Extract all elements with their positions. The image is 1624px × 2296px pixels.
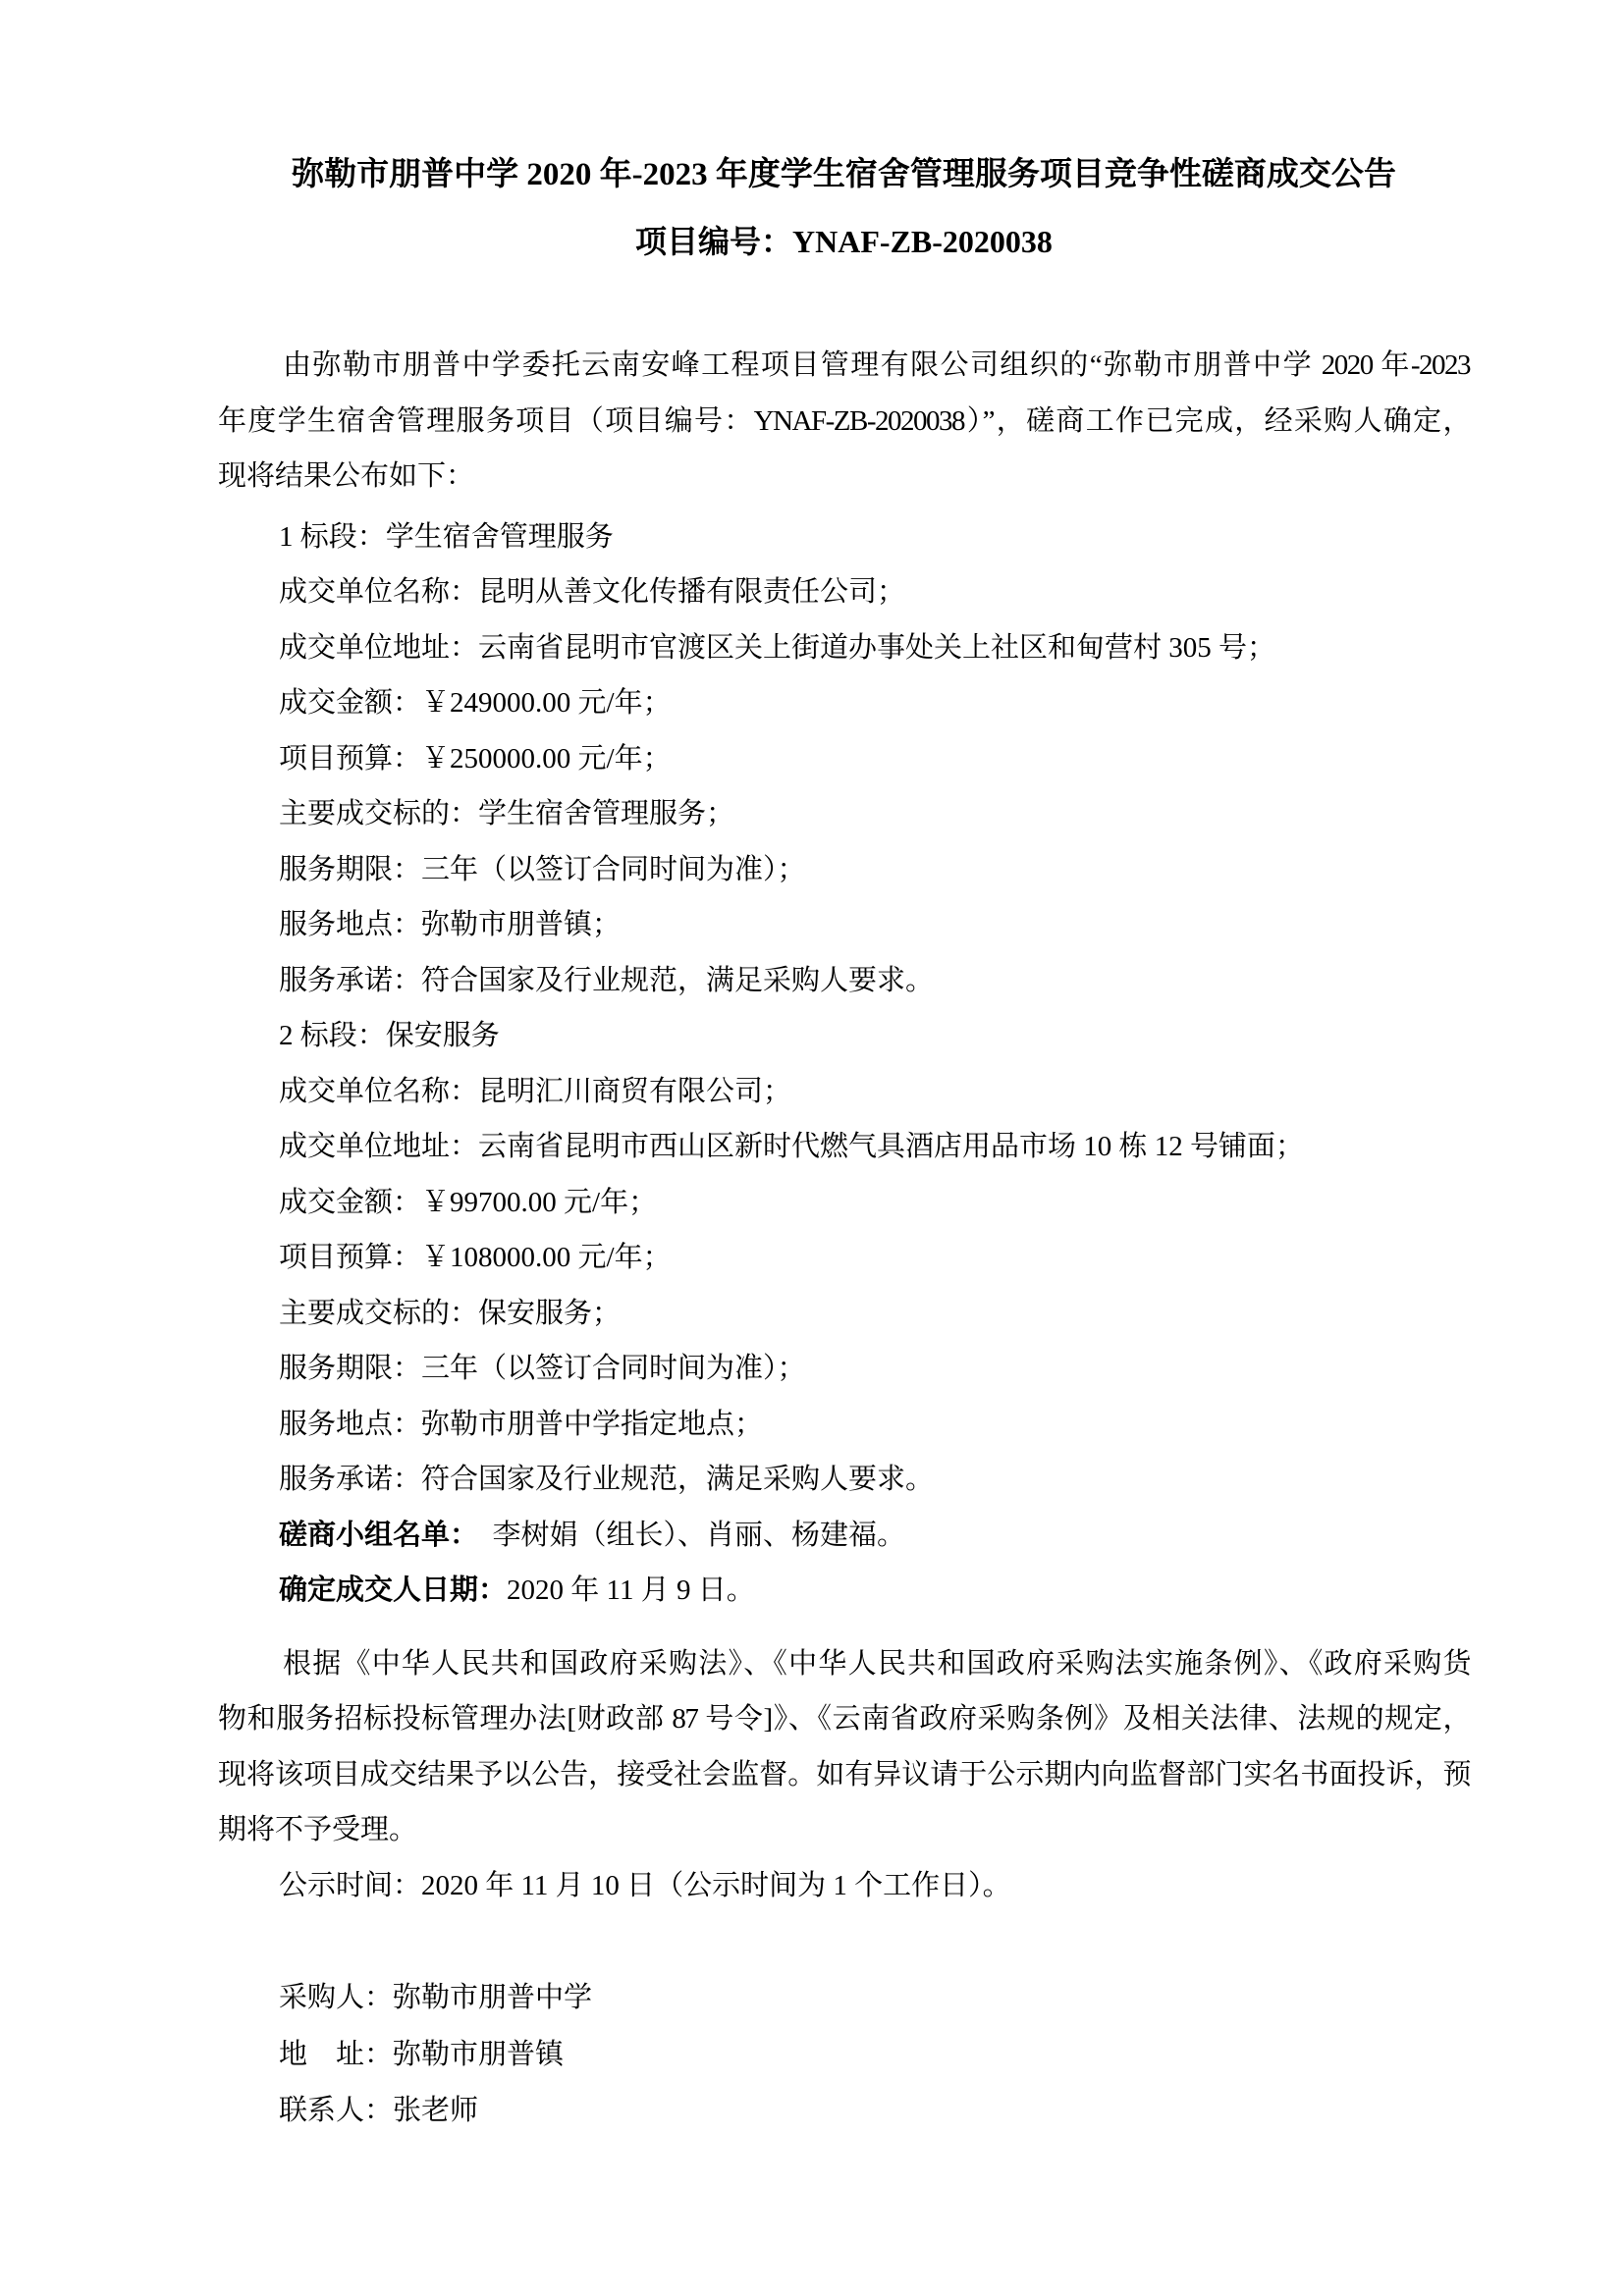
field-line: 项目预算：￥250000.00 元/年； (218, 731, 1470, 787)
field-line: 成交单位名称：昆明从善文化传播有限责任公司； (218, 564, 1470, 620)
document-page: 弥勒市朋普中学 2020 年-2023 年度学生宿舍管理服务项目竞争性磋商成交公… (0, 0, 1624, 2296)
field-line: 主要成交标的：保安服务； (218, 1286, 1470, 1342)
field-label: 项目预算： (279, 743, 421, 774)
section-lot-2: 2 标段：保安服务 成交单位名称：昆明汇川商贸有限公司； 成交单位地址：云南省昆… (218, 1008, 1470, 1508)
legal-paragraph: 根据《中华人民共和国政府采购法》、《中华人民共和国政府采购法实施条例》、《政府采… (218, 1636, 1470, 1858)
field-label: 主要成交标的： (279, 798, 478, 829)
section-heading: 1 标段：学生宿舍管理服务 (218, 509, 1470, 565)
section-lot-1: 1 标段：学生宿舍管理服务 成交单位名称：昆明从善文化传播有限责任公司； 成交单… (218, 509, 1470, 1009)
field-line: 服务承诺：符合国家及行业规范，满足采购人要求。 (218, 953, 1470, 1009)
contact-value: 张老师 (393, 2095, 478, 2126)
field-value: 弥勒市朋普镇； (421, 909, 621, 940)
field-line: 服务地点：弥勒市朋普镇； (218, 897, 1470, 953)
committee-value: 李树娟（组长）、肖丽、杨建福。 (464, 1520, 906, 1551)
conclusion-block: 磋商小组名单： 李树娟（组长）、肖丽、杨建福。 确定成交人日期：2020 年 1… (218, 1508, 1470, 1619)
intro-line: 现将结果公布如下： (218, 449, 1470, 505)
field-value: 昆明从善文化传播有限责任公司； (478, 576, 905, 608)
field-line: 服务地点：弥勒市朋普中学指定地点； (218, 1397, 1470, 1453)
field-value: 昆明汇川商贸有限公司； (478, 1076, 791, 1107)
field-value: 云南省昆明市官渡区关上街道办事处关上社区和甸营村 305 号； (478, 632, 1275, 664)
field-line: 项目预算：￥108000.00 元/年； (218, 1230, 1470, 1286)
field-value: 弥勒市朋普中学指定地点； (421, 1409, 763, 1440)
field-label: 成交金额： (279, 1187, 421, 1218)
committee-label: 磋商小组名单： (279, 1520, 464, 1551)
field-label: 服务承诺： (279, 965, 421, 996)
award-date-line: 确定成交人日期：2020 年 11 月 9 日。 (218, 1563, 1470, 1619)
field-label: 成交单位名称： (279, 1076, 478, 1107)
field-value: ￥249000.00 元/年； (421, 687, 672, 719)
field-label: 成交单位地址： (279, 632, 478, 664)
field-label: 成交金额： (279, 687, 421, 719)
field-value: 云南省昆明市西山区新时代燃气具酒店用品市场 10 栋 12 号铺面； (478, 1131, 1304, 1162)
project-number: 项目编号：YNAF-ZB-2020038 (218, 220, 1470, 263)
award-date-value: 2020 年 11 月 9 日。 (507, 1575, 755, 1606)
intro-line: 年度学生宿舍管理服务项目（项目编号：YNAF-ZB-2020038）”，磋商工作… (218, 394, 1470, 450)
field-line: 成交单位地址：云南省昆明市官渡区关上街道办事处关上社区和甸营村 305 号； (218, 620, 1470, 676)
field-value: ￥99700.00 元/年； (421, 1187, 657, 1218)
field-value: 三年（以签订合同时间为准）； (421, 854, 806, 885)
purchaser-value: 弥勒市朋普中学 (393, 1982, 592, 2013)
field-value: 三年（以签订合同时间为准）； (421, 1353, 806, 1384)
legal-line: 现将该项目成交结果予以公告，接受社会监督。如有异议请于公示期内向监督部门实名书面… (218, 1747, 1470, 1803)
field-label: 服务期限： (279, 1353, 421, 1384)
field-value: 符合国家及行业规范，满足采购人要求。 (421, 965, 934, 996)
footer-block: 采购人：弥勒市朋普中学 地 址：弥勒市朋普镇 联系人：张老师 (218, 1970, 1470, 2140)
field-value: 符合国家及行业规范，满足采购人要求。 (421, 1464, 934, 1495)
purchaser-line: 采购人：弥勒市朋普中学 (218, 1970, 1470, 2027)
document-title: 弥勒市朋普中学 2020 年-2023 年度学生宿舍管理服务项目竞争性磋商成交公… (218, 154, 1470, 195)
field-label: 服务地点： (279, 1409, 421, 1440)
field-label: 成交单位地址： (279, 1131, 478, 1162)
publicity-line: 公示时间：2020 年 11 月 10 日（公示时间为 1 个工作日）。 (218, 1858, 1470, 1914)
address-value: 弥勒市朋普镇 (393, 2039, 564, 2070)
field-label: 服务承诺： (279, 1464, 421, 1495)
contact-line: 联系人：张老师 (218, 2083, 1470, 2140)
field-label: 服务地点： (279, 909, 421, 940)
field-value: 保安服务； (478, 1298, 621, 1329)
legal-line: 物和服务招标投标管理办法[财政部 87 号令]》、《云南省政府采购条例》及相关法… (218, 1691, 1470, 1747)
field-line: 服务承诺：符合国家及行业规范，满足采购人要求。 (218, 1452, 1470, 1508)
field-value: ￥108000.00 元/年； (421, 1242, 672, 1273)
legal-line: 根据《中华人民共和国政府采购法》、《中华人民共和国政府采购法实施条例》、《政府采… (218, 1636, 1470, 1692)
contact-label: 联系人： (279, 2095, 393, 2126)
publicity-block: 公示时间：2020 年 11 月 10 日（公示时间为 1 个工作日）。 (218, 1858, 1470, 1914)
purchaser-label: 采购人： (279, 1982, 393, 2013)
award-date-label: 确定成交人日期： (279, 1575, 507, 1606)
field-line: 主要成交标的：学生宿舍管理服务； (218, 786, 1470, 842)
address-label: 地 址： (279, 2039, 393, 2070)
section-heading: 2 标段：保安服务 (218, 1008, 1470, 1064)
field-line: 服务期限：三年（以签订合同时间为准）； (218, 842, 1470, 898)
field-label: 服务期限： (279, 854, 421, 885)
field-line: 成交金额：￥249000.00 元/年； (218, 675, 1470, 731)
intro-line: 由弥勒市朋普中学委托云南安峰工程项目管理有限公司组织的“弥勒市朋普中学 2020… (218, 338, 1470, 394)
field-line: 服务期限：三年（以签订合同时间为准）； (218, 1341, 1470, 1397)
intro-paragraph: 由弥勒市朋普中学委托云南安峰工程项目管理有限公司组织的“弥勒市朋普中学 2020… (218, 338, 1470, 505)
committee-line: 磋商小组名单： 李树娟（组长）、肖丽、杨建福。 (218, 1508, 1470, 1564)
address-line: 地 址：弥勒市朋普镇 (218, 2027, 1470, 2084)
field-label: 项目预算： (279, 1242, 421, 1273)
field-line: 成交单位名称：昆明汇川商贸有限公司； (218, 1064, 1470, 1120)
field-label: 主要成交标的： (279, 1298, 478, 1329)
field-line: 成交金额：￥99700.00 元/年； (218, 1175, 1470, 1231)
field-label: 成交单位名称： (279, 576, 478, 608)
field-line: 成交单位地址：云南省昆明市西山区新时代燃气具酒店用品市场 10 栋 12 号铺面… (218, 1119, 1470, 1175)
field-value: ￥250000.00 元/年； (421, 743, 672, 774)
field-value: 学生宿舍管理服务； (478, 798, 734, 829)
legal-line: 期将不予受理。 (218, 1802, 1470, 1858)
